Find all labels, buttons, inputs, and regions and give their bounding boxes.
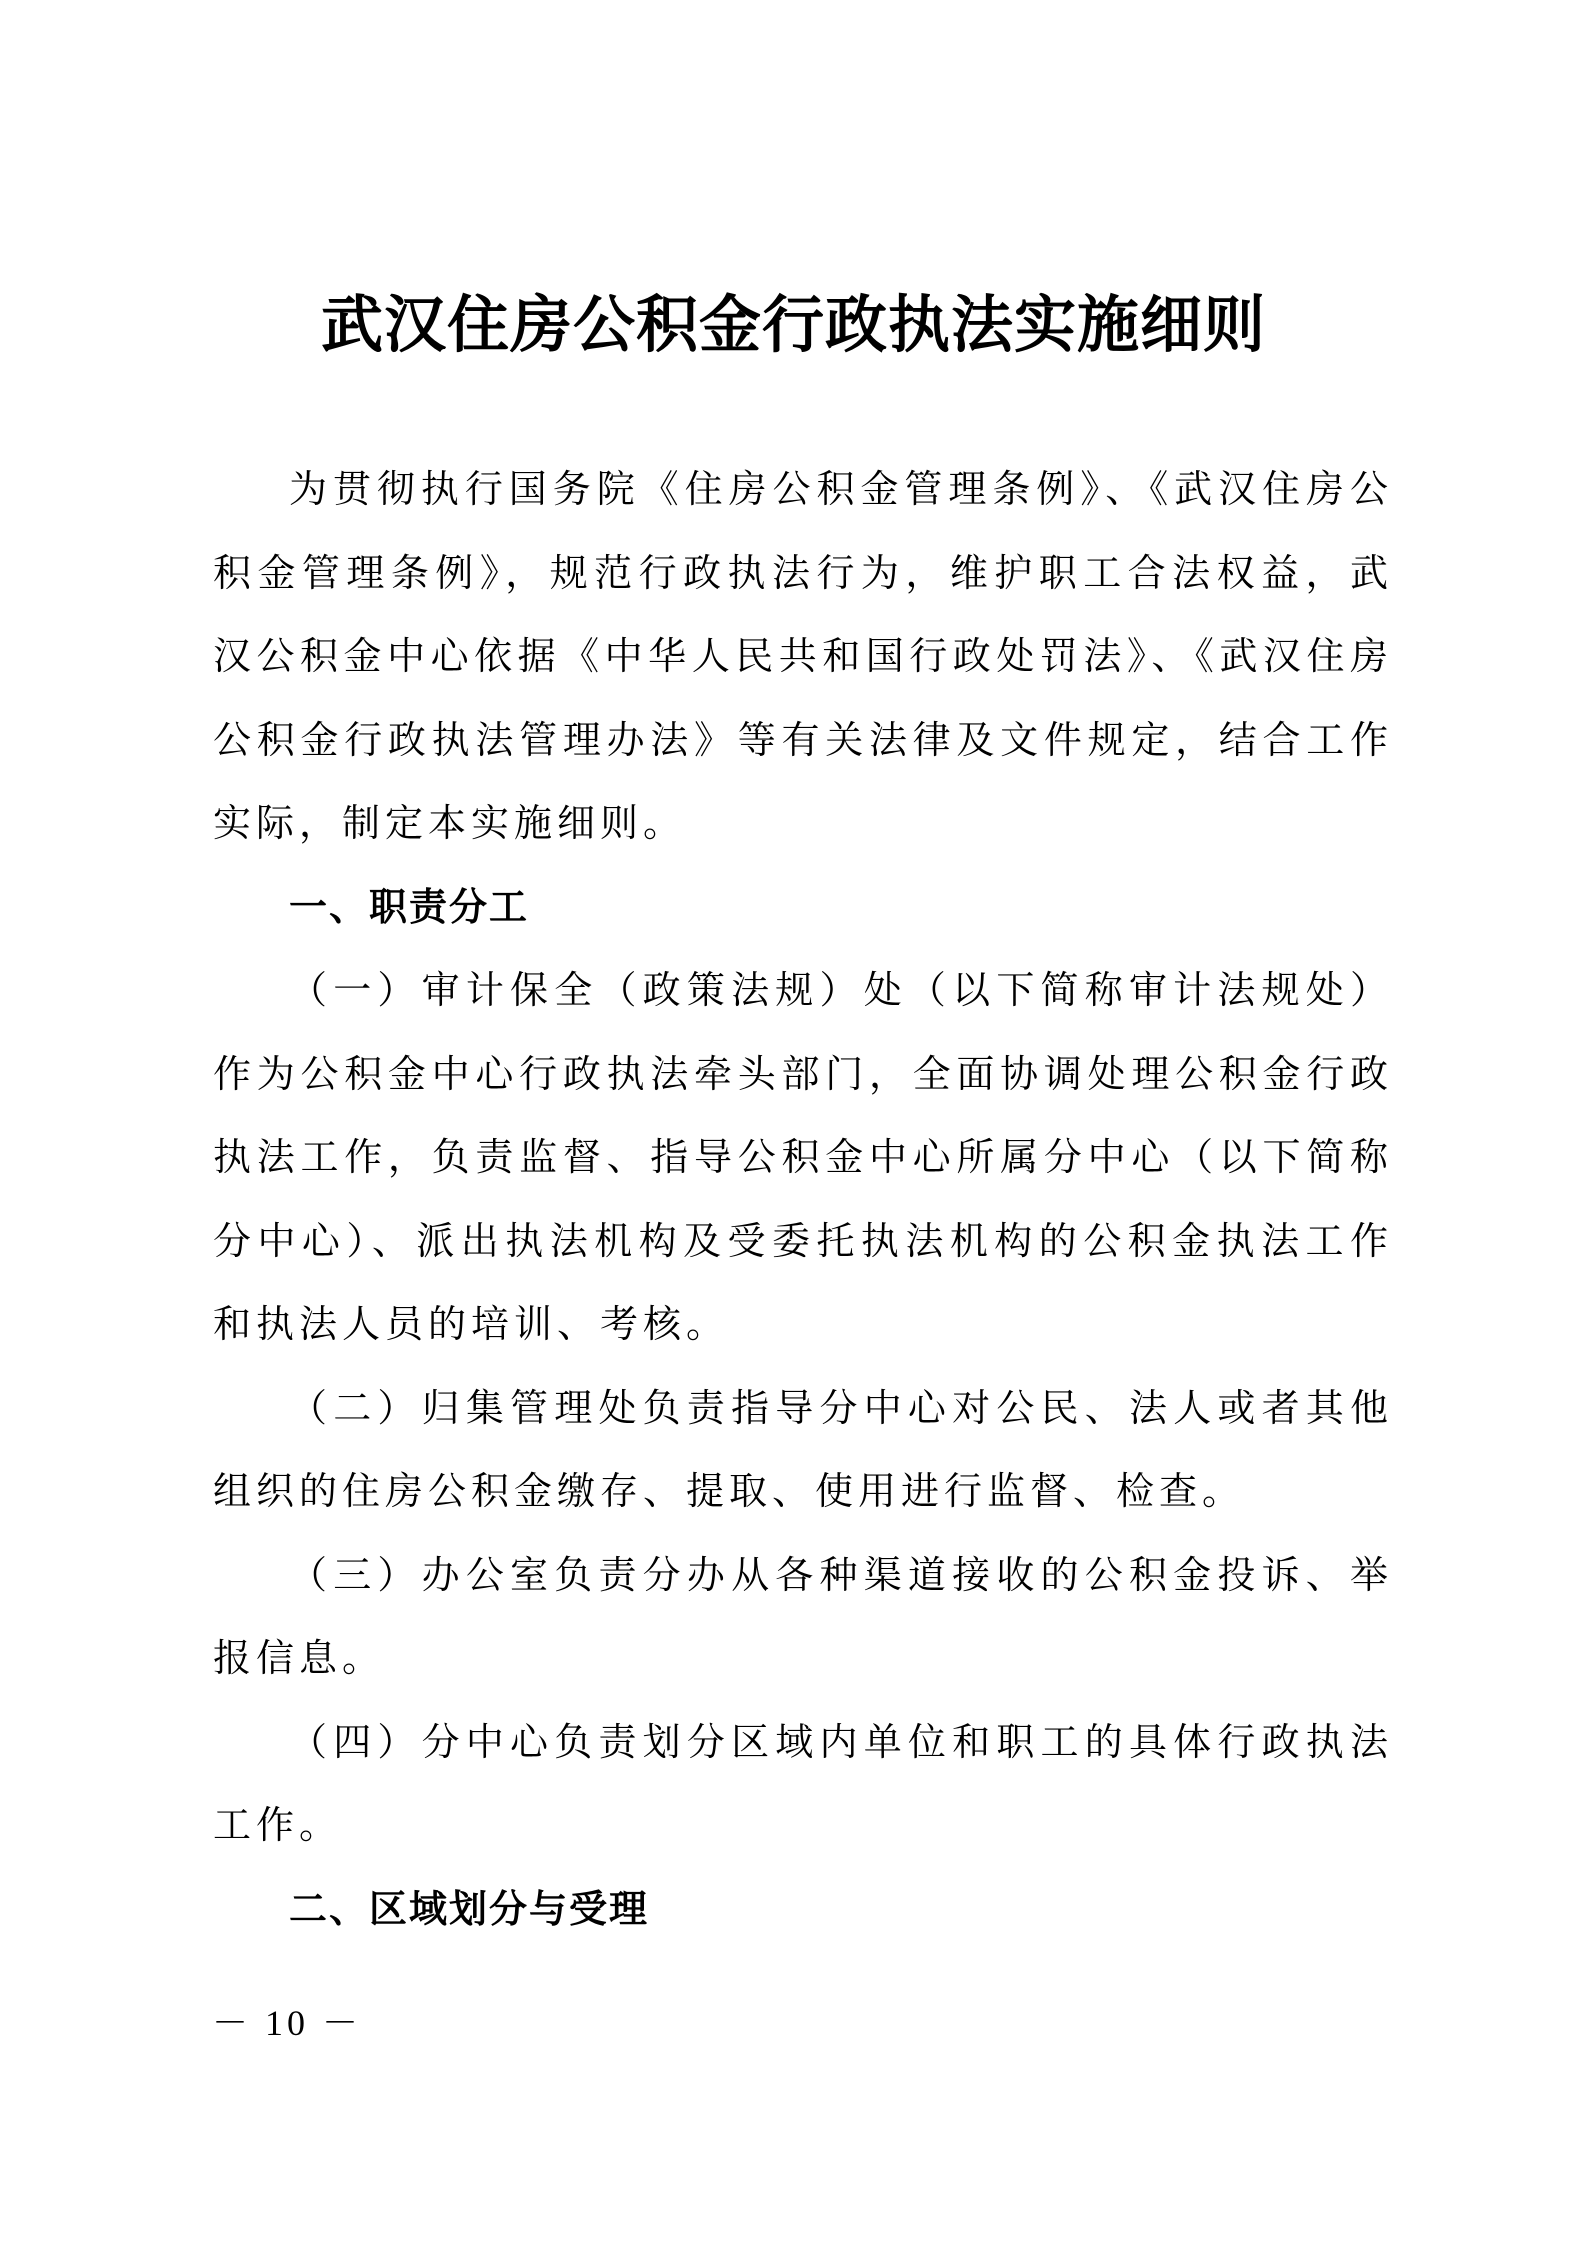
document-page: 武汉住房公积金行政执法实施细则 为贯彻执行国务院《住房公积金管理条例》、《武汉住… (0, 0, 1587, 2245)
paragraph-duty-2: （二）归集管理处负责指导分中心对公民、法人或者其他组织的住房公积金缴存、提取、使… (213, 1367, 1393, 1534)
intro-paragraph: 为贯彻执行国务院《住房公积金管理条例》、《武汉住房公积金管理条例》，规范行政执法… (213, 448, 1393, 866)
paragraph-duty-1: （一）审计保全（政策法规）处（以下简称审计法规处）作为公积金中心行政执法牵头部门… (213, 949, 1393, 1367)
paragraph-duty-3: （三）办公室负责分办从各种渠道接收的公积金投诉、举报信息。 (213, 1534, 1393, 1701)
document-body: 为贯彻执行国务院《住房公积金管理条例》、《武汉住房公积金管理条例》，规范行政执法… (213, 448, 1393, 1951)
paragraph-duty-4: （四）分中心负责划分区域内单位和职工的具体行政执法工作。 (213, 1701, 1393, 1868)
document-title: 武汉住房公积金行政执法实施细则 (0, 285, 1587, 365)
section-heading-regions: 二、区域划分与受理 (213, 1868, 1393, 1952)
page-number: － 10 － (212, 1995, 362, 2046)
section-heading-duties: 一、职责分工 (213, 866, 1393, 950)
